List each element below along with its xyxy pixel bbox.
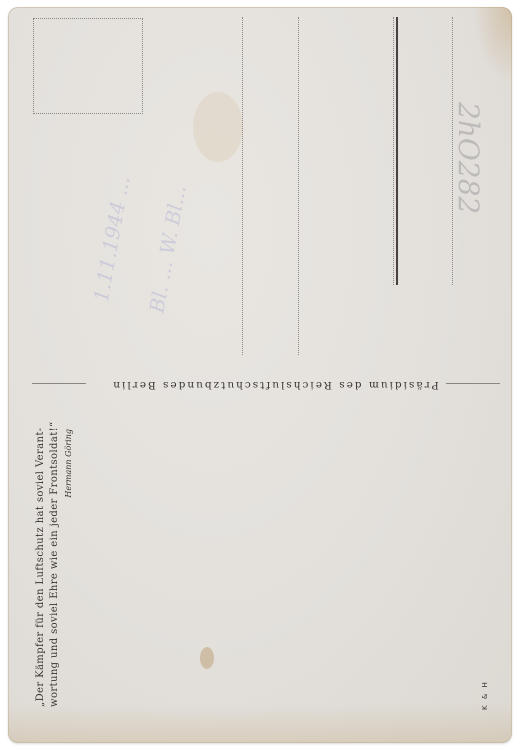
stain [200, 647, 214, 669]
address-dotted-line [393, 17, 394, 285]
divider-line [396, 17, 398, 285]
quote-block: „Der Kämpfer für den Luftschutz hat sovi… [34, 395, 84, 707]
stain [193, 92, 243, 162]
publisher-mark: K & H [480, 680, 490, 710]
postcard-back: Präsidium des Reichsluftschutzbundes Ber… [8, 7, 512, 743]
stamp-box [33, 18, 143, 114]
handwriting-line-2: Bl. ... W. Bl... [145, 183, 191, 314]
pencil-inventory-number: 2hO282 [445, 102, 485, 232]
handwriting-line-1: 1.11.1944 ... [89, 174, 135, 303]
quote-line-1: „Der Kämpfer für den Luftschutz hat sovi… [34, 395, 48, 707]
sender-rule-left [32, 383, 86, 384]
bottom-edge-stain [8, 703, 512, 743]
sender-rule-right [446, 383, 500, 384]
sender-line: Präsidium des Reichsluftschutzbundes Ber… [100, 377, 450, 393]
address-dotted-line [242, 17, 243, 355]
address-dotted-line [298, 17, 299, 355]
top-right-edge-stain [472, 7, 512, 87]
quote-line-2: wortung und soviel Ehre wie ein jeder Fr… [48, 395, 62, 707]
quote-author: Hermann Göring [62, 395, 76, 707]
